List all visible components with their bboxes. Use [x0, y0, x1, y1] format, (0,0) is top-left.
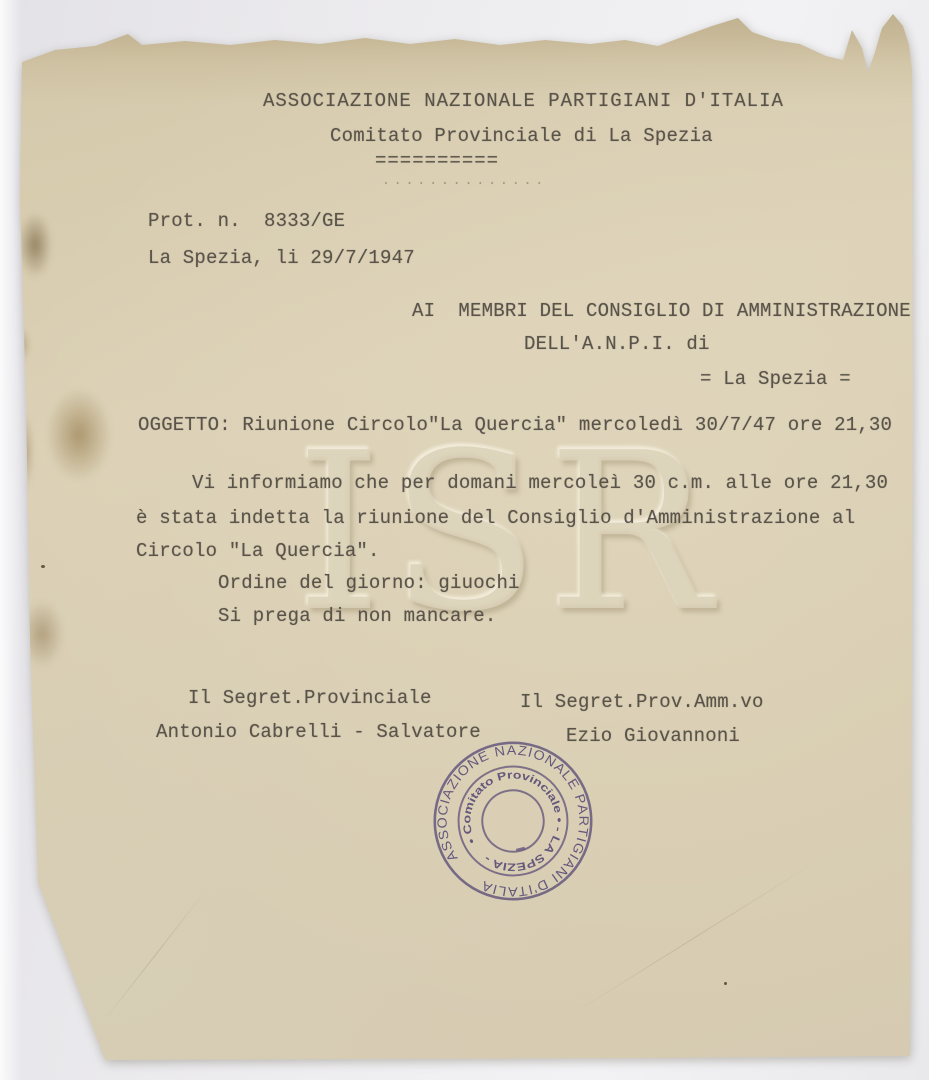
- paper-stain: [14, 328, 30, 362]
- paper-stain: [20, 600, 64, 668]
- subject-line: OGGETTO: Riunione Circolo"La Quercia" me…: [138, 414, 892, 436]
- body-line-3: Circolo "La Quercia".: [136, 540, 380, 562]
- protocol-number: Prot. n. 8333/GE: [148, 210, 345, 232]
- stamp-inner-ring: [476, 784, 550, 858]
- paper-speck: [724, 982, 727, 985]
- signature-left-title: Il Segret.Provinciale: [188, 687, 432, 709]
- paper-stain: [18, 212, 52, 278]
- body-line-2: è stata indetta la riunione del Consigli…: [136, 507, 855, 529]
- stamp-inner-text: • Comitato Provinciale • - LA SPEZIA -: [450, 758, 575, 883]
- body-line-1: Vi informiamo che per domani mercoleì 30…: [192, 472, 888, 494]
- document-paper-wrap: ISR ASSOCIAZIONE NAZIONALE PARTIGIANI D'…: [0, 0, 929, 1080]
- scan-background: ISR ASSOCIAZIONE NAZIONALE PARTIGIANI D'…: [0, 0, 929, 1080]
- divider-dots: ..............: [382, 170, 547, 192]
- addressee-line-3: = La Spezia =: [700, 368, 851, 390]
- org-title: ASSOCIAZIONE NAZIONALE PARTIGIANI D'ITAL…: [263, 90, 784, 112]
- addressee-line-2: DELL'A.N.P.I. di: [524, 333, 710, 355]
- document-paper: ISR ASSOCIAZIONE NAZIONALE PARTIGIANI D'…: [0, 0, 929, 1080]
- addressee-line-1: AI MEMBRI DEL CONSIGLIO DI AMMINISTRAZIO…: [412, 300, 911, 322]
- paper-stain: [26, 1002, 86, 1060]
- paper-speck: [41, 565, 45, 568]
- stamp-outer-text: ASSOCIAZIONE NAZIONALE PARTIGIANI D'ITAL…: [418, 726, 608, 916]
- body-line-5: Si prega di non mancare.: [218, 605, 496, 627]
- place-and-date: La Spezia, li 29/7/1947: [148, 247, 415, 269]
- org-subtitle: Comitato Provinciale di La Spezia: [330, 125, 713, 147]
- paper-stain: [14, 412, 34, 492]
- body-line-4: Ordine del giorno: giuochi: [218, 572, 520, 594]
- paper-crease: [102, 888, 207, 1023]
- divider-line: ==========: [375, 150, 499, 172]
- paper-stain: [46, 388, 112, 482]
- archive-watermark: ISR: [296, 434, 720, 634]
